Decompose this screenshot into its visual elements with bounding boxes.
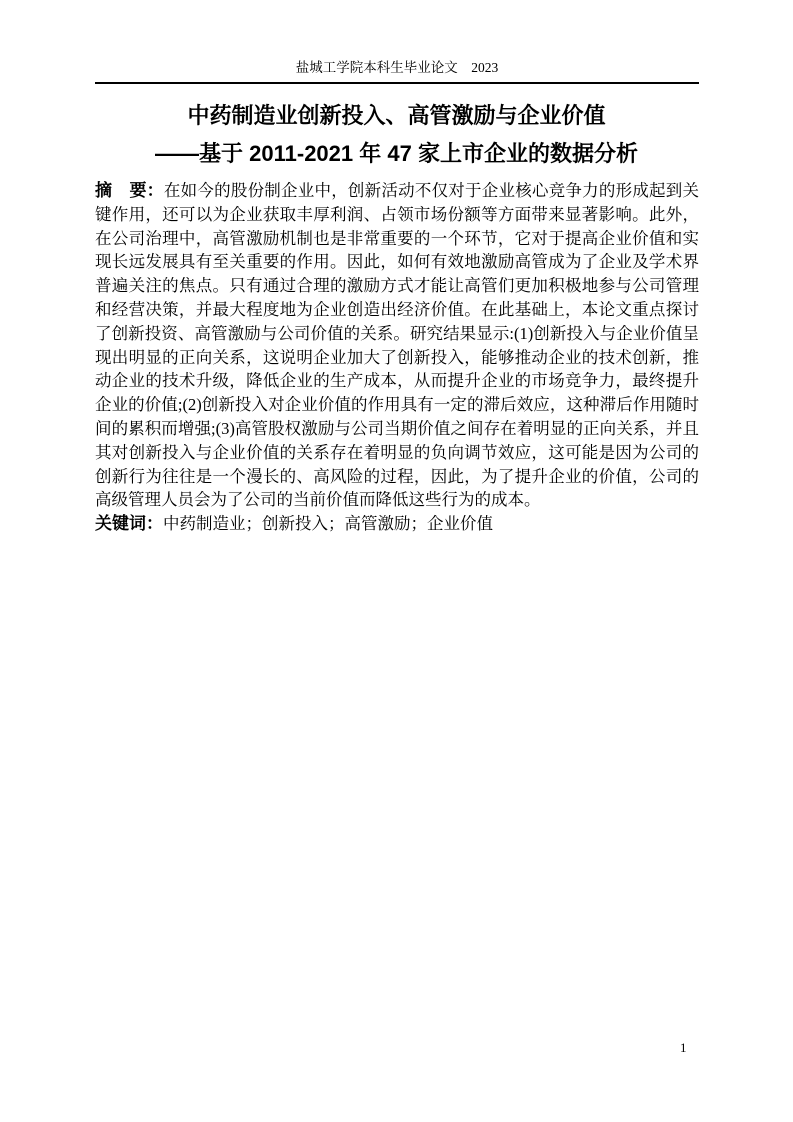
paper-subtitle: ——基于 2011-2021 年 47 家上市企业的数据分析	[0, 135, 793, 173]
document-page: 盐城工学院本科生毕业论文 2023 中药制造业创新投入、高管激励与企业价值 ——…	[0, 0, 793, 1122]
keywords-paragraph: 关键词：中药制造业；创新投入；高管激励；企业价值	[95, 512, 699, 536]
paper-title: 中药制造业创新投入、高管激励与企业价值	[0, 97, 793, 135]
abstract-label: 摘 要：	[95, 181, 164, 200]
abstract-text: 在如今的股份制企业中，创新活动不仅对于企业核心竞争力的形成起到关键作用，还可以为…	[95, 181, 699, 509]
abstract-paragraph: 摘 要：在如今的股份制企业中，创新活动不仅对于企业核心竞争力的形成起到关键作用，…	[95, 179, 699, 512]
keywords-text: 中药制造业；创新投入；高管激励；企业价值	[163, 514, 493, 533]
page-number: 1	[680, 1040, 687, 1056]
running-header-text: 盐城工学院本科生毕业论文 2023	[296, 60, 499, 75]
title-block: 中药制造业创新投入、高管激励与企业价值 ——基于 2011-2021 年 47 …	[0, 97, 793, 173]
keywords-label: 关键词：	[95, 514, 163, 533]
running-header: 盐城工学院本科生毕业论文 2023	[95, 58, 699, 84]
abstract-section: 摘 要：在如今的股份制企业中，创新活动不仅对于企业核心竞争力的形成起到关键作用，…	[95, 179, 699, 536]
